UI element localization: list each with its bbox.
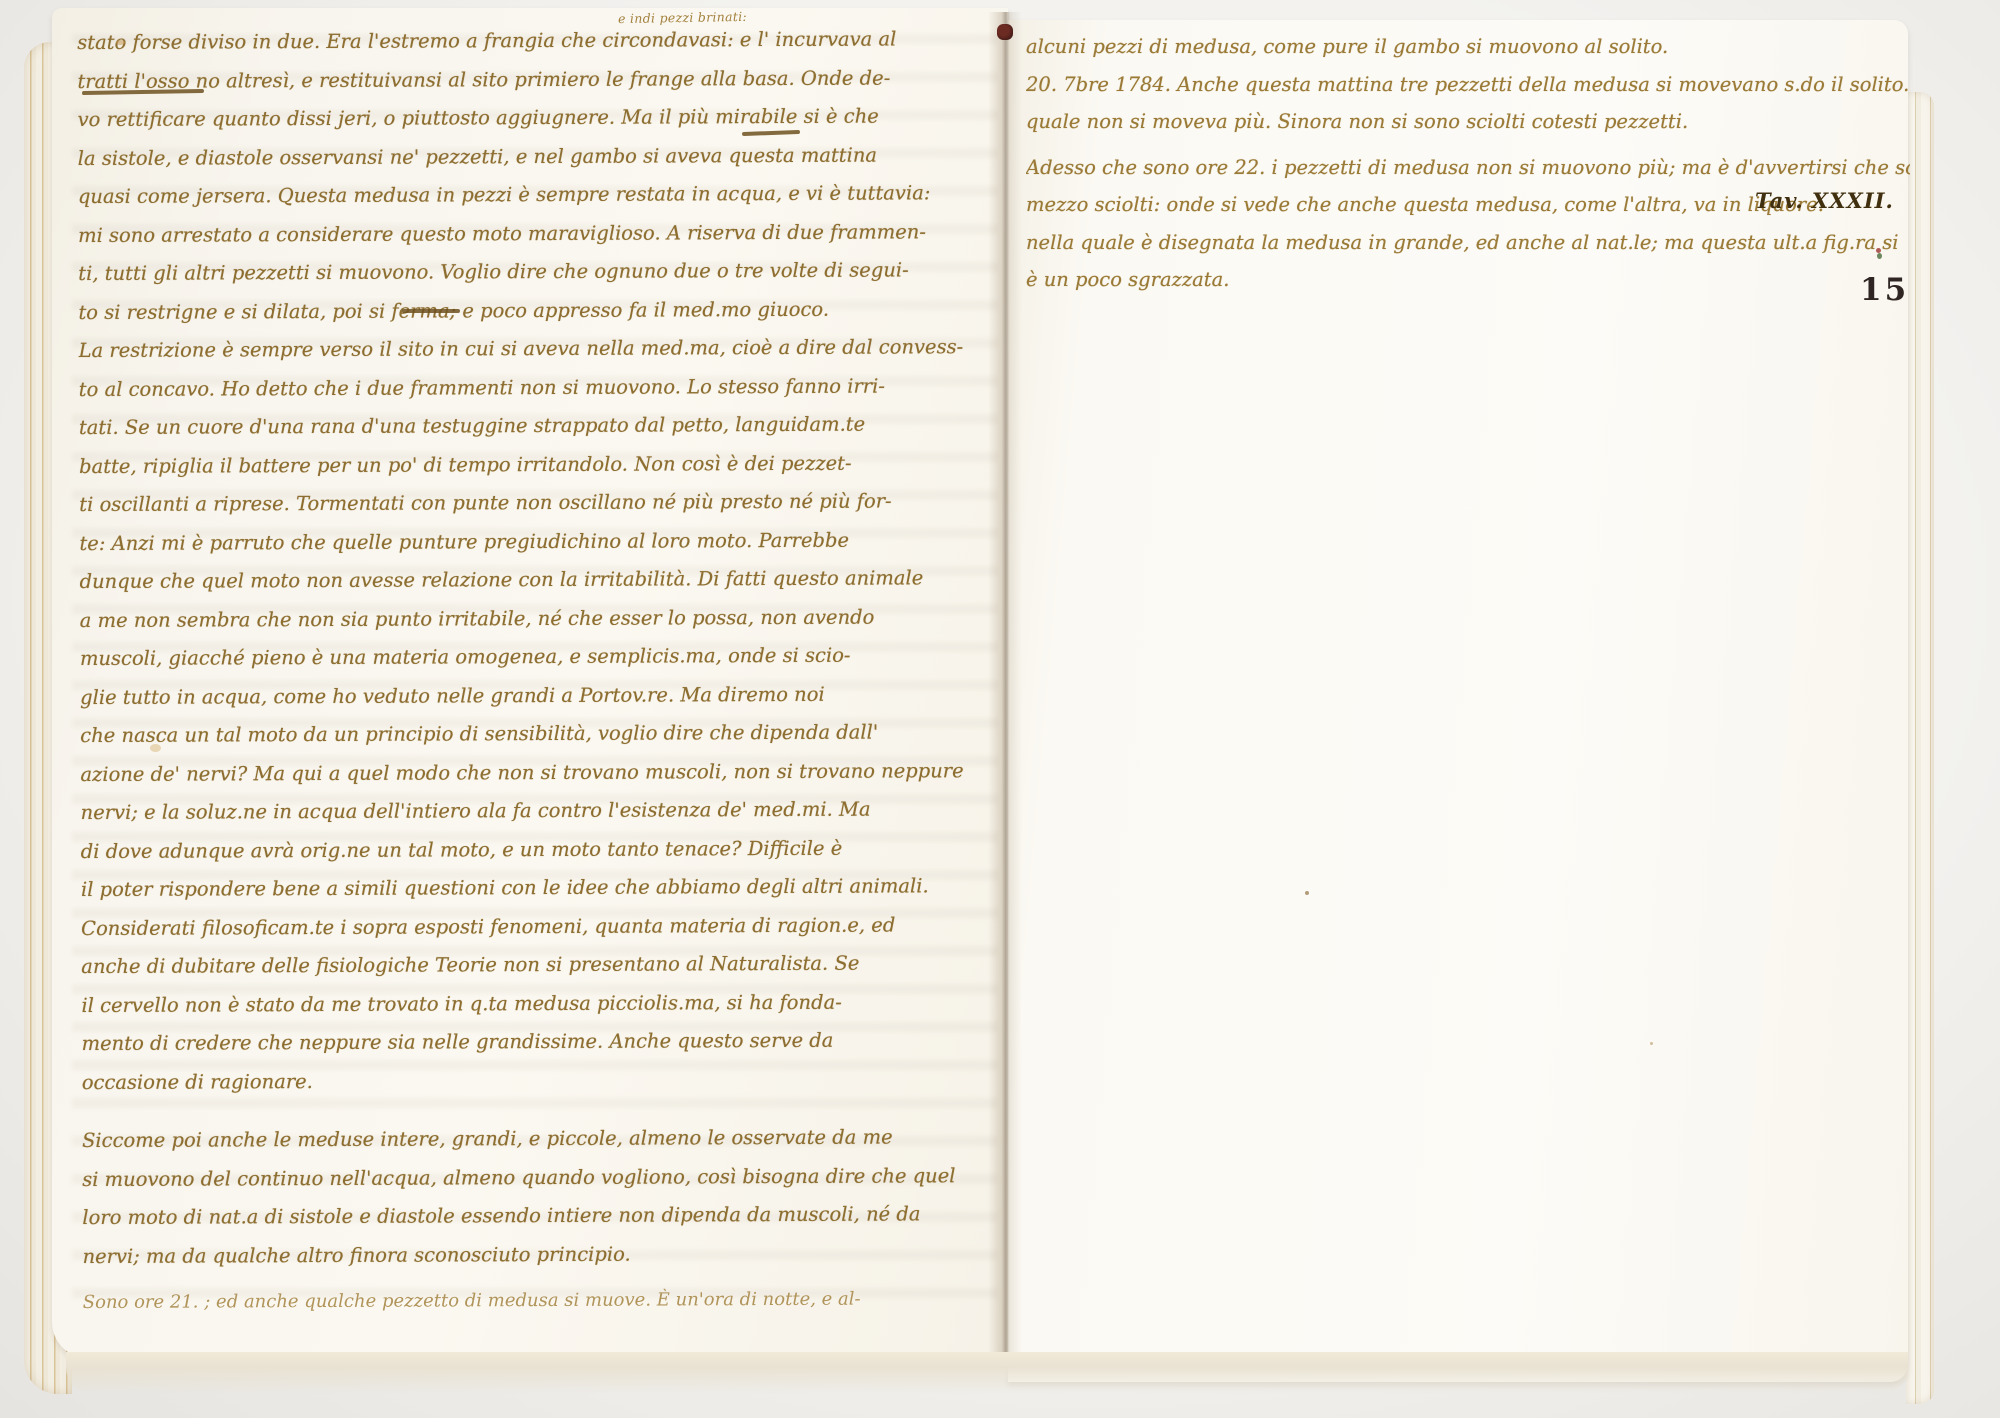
manuscript-line: La restrizione è sempre verso il sito in… xyxy=(79,328,1007,371)
manuscript-line: muscoli, giacché pieno è una materia omo… xyxy=(80,636,1008,679)
manuscript-line: il poter rispondere bene a simili questi… xyxy=(81,867,1009,910)
manuscript-line: vo rettificare quanto dissi jeri, o piut… xyxy=(78,97,1006,140)
left-page-text: stato forse diviso in due. Era l'estremo… xyxy=(77,20,1011,1323)
manuscript-line: Considerati filosoficam.te i sopra espos… xyxy=(81,905,1009,948)
manuscript-line: te: Anzi mi è parruto che quelle punture… xyxy=(79,520,1007,563)
manuscript-line: stato forse diviso in due. Era l'estremo… xyxy=(77,20,1005,63)
manuscript-line: nervi; e la soluz.ne in acqua dell'intie… xyxy=(81,790,1009,833)
manuscript-line: che nasca un tal moto da un principio di… xyxy=(80,713,1008,756)
manuscript-line: mento di credere che neppure sia nelle g… xyxy=(82,1021,1010,1064)
foxing-spot xyxy=(150,744,161,752)
manuscript-line: ti, tutti gli altri pezzetti si muovono.… xyxy=(78,251,1006,294)
manuscript-line: a me non sembra che non sia punto irrita… xyxy=(80,597,1008,640)
manuscript-line: dunque che quel moto non avesse relazion… xyxy=(80,559,1008,602)
manuscript-line: mi sono arrestato a considerare questo m… xyxy=(78,212,1006,255)
page-number: 15 xyxy=(1860,272,1909,308)
foxing-spot xyxy=(1650,1042,1653,1045)
manuscript-line: tratti l'osso no altresì, e restituivans… xyxy=(77,58,1005,101)
ink-cancellation-stroke xyxy=(402,309,460,313)
manuscript-line: è un poco sgrazzata. xyxy=(1026,261,1910,299)
manuscript-line: occasione di ragionare. xyxy=(82,1059,1010,1102)
manuscript-line: alcuni pezzi di medusa, come pure il gam… xyxy=(1026,28,1910,66)
manuscript-line: loro moto di nat.a di sistole e diastole… xyxy=(82,1195,1010,1238)
manuscript-line: anche di dubitare delle fisiologiche Teo… xyxy=(81,944,1009,987)
manuscript-line: ti oscillanti a riprese. Tormentati con … xyxy=(79,482,1007,525)
manuscript-line: to si restrigne e si dilata, poi si ferm… xyxy=(78,289,1006,332)
ink-speck xyxy=(1877,253,1882,259)
manuscript-line: si muovono del continuo nell'acqua, alme… xyxy=(82,1156,1010,1199)
manuscript-line: quale non si moveva più. Sinora non si s… xyxy=(1026,103,1910,141)
manuscript-line: nella quale è disegnata la medusa in gra… xyxy=(1026,224,1910,262)
foxing-spot xyxy=(116,40,125,45)
manuscript-line: il cervello non è stato da me trovato in… xyxy=(81,982,1009,1025)
manuscript-line: Siccome poi anche le meduse intere, gran… xyxy=(82,1118,1010,1161)
manuscript-line: to al concavo. Ho detto che i due framme… xyxy=(79,366,1007,409)
manuscript-line: la sistole, e diastole osservansi ne' pe… xyxy=(78,135,1006,178)
manuscript-line: Adesso che sono ore 22. i pezzetti di me… xyxy=(1026,149,1910,187)
plate-reference-label: Tav. XXXII. xyxy=(1755,188,1894,213)
manuscript-line: batte, ripiglia il battere per un po' di… xyxy=(79,443,1007,486)
manuscript-line: azione de' nervi? Ma qui a quel modo che… xyxy=(80,751,1008,794)
right-page-edge-stack xyxy=(1906,92,1934,1404)
manuscript-line: 20. 7bre 1784. Anche questa mattina tre … xyxy=(1026,66,1910,104)
foxing-spot xyxy=(1305,891,1309,895)
book-bottom-edge xyxy=(66,1352,1908,1394)
manuscript-line: glie tutto in acqua, come ho veduto nell… xyxy=(80,674,1008,717)
manuscript-line: tati. Se un cuore d'una rana d'una testu… xyxy=(79,405,1007,448)
right-page-text: alcuni pezzi di medusa, come pure il gam… xyxy=(1026,28,1910,299)
manuscript-book-spread: e indi pezzi brinati: stato forse diviso… xyxy=(0,0,2000,1418)
manuscript-line: nervi; ma da qualche altro finora sconos… xyxy=(82,1233,1010,1276)
manuscript-line: quasi come jersera. Questa medusa in pez… xyxy=(78,174,1006,217)
manuscript-line: Sono ore 21. ; ed anche qualche pezzetto… xyxy=(83,1280,1011,1323)
manuscript-line: di dove adunque avrà orig.ne un tal moto… xyxy=(81,828,1009,871)
